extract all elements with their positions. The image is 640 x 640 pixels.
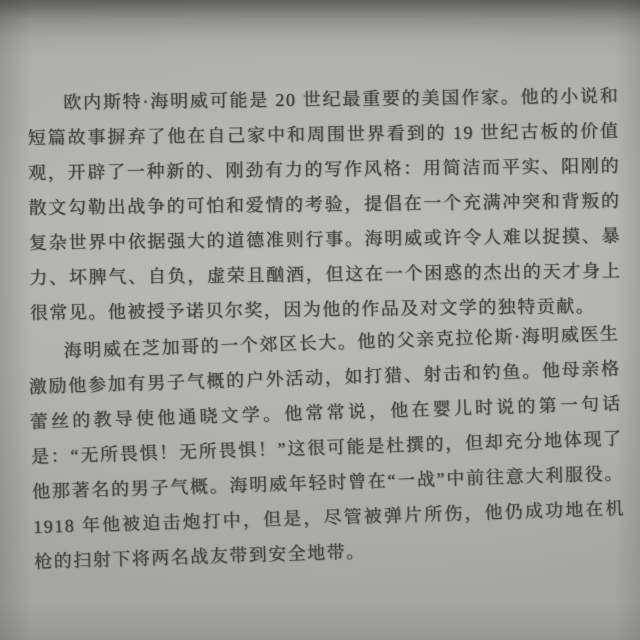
- page-text: 欧内斯特·海明威可能是 20 世纪最重要的美国作家。他的小说和短篇故事摒弃了他在…: [27, 86, 619, 576]
- book-page-photo: 欧内斯特·海明威可能是 20 世纪最重要的美国作家。他的小说和短篇故事摒弃了他在…: [0, 0, 640, 640]
- paragraph-hemingway-intro: 欧内斯特·海明威可能是 20 世纪最重要的美国作家。他的小说和短篇故事摒弃了他在…: [27, 79, 622, 331]
- paragraph-hemingway-youth: 海明威在芝加哥的一个郊区长大。他的父亲克拉伦斯·海明威医生激励他参加有男子气概的…: [27, 316, 626, 579]
